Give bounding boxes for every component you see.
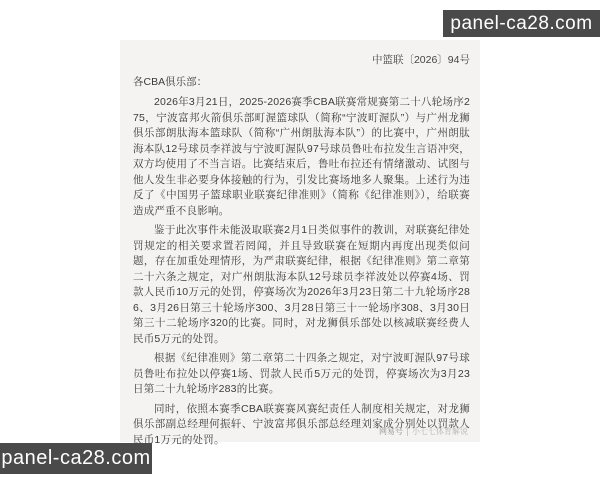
doc-number: 中篮联〔2026〕94号	[133, 53, 470, 68]
watermark-bottom-left: panel-ca28.com	[0, 443, 152, 474]
source-platform-label: 网易号	[379, 427, 403, 437]
source-credit: 网易号 小七七体育解说	[379, 427, 468, 437]
page: panel-ca28.com 中篮联〔2026〕94号 各CBA俱乐部： 202…	[0, 0, 600, 480]
source-author-label: 小七七体育解说	[412, 427, 468, 437]
paragraph-penalty-lixiangbo: 鉴于此次事件未能汲取联赛2月1日类似事件的教训，对联赛纪律处罚规定的相关要求置若…	[133, 223, 470, 347]
salutation: 各CBA俱乐部：	[133, 75, 470, 90]
watermark-top-right: panel-ca28.com	[443, 10, 600, 37]
paragraph-incident: 2026年3月21日，2025-2026赛季CBA联赛常规赛第二十八轮场序275…	[133, 95, 470, 219]
announcement-document: 中篮联〔2026〕94号 各CBA俱乐部： 2026年3月21日，2025-20…	[120, 40, 480, 442]
credit-divider	[407, 428, 408, 436]
paragraph-penalty-managers: 同时，依照本赛季CBA联赛赛风赛纪责任人制度相关规定，对龙狮俱乐部副总经理何振轩…	[133, 402, 470, 449]
paragraph-penalty-lutubula: 根据《纪律准则》第二章第二十四条之规定，对宁波町渥队97号球员鲁吐布拉处以停赛1…	[133, 351, 470, 398]
